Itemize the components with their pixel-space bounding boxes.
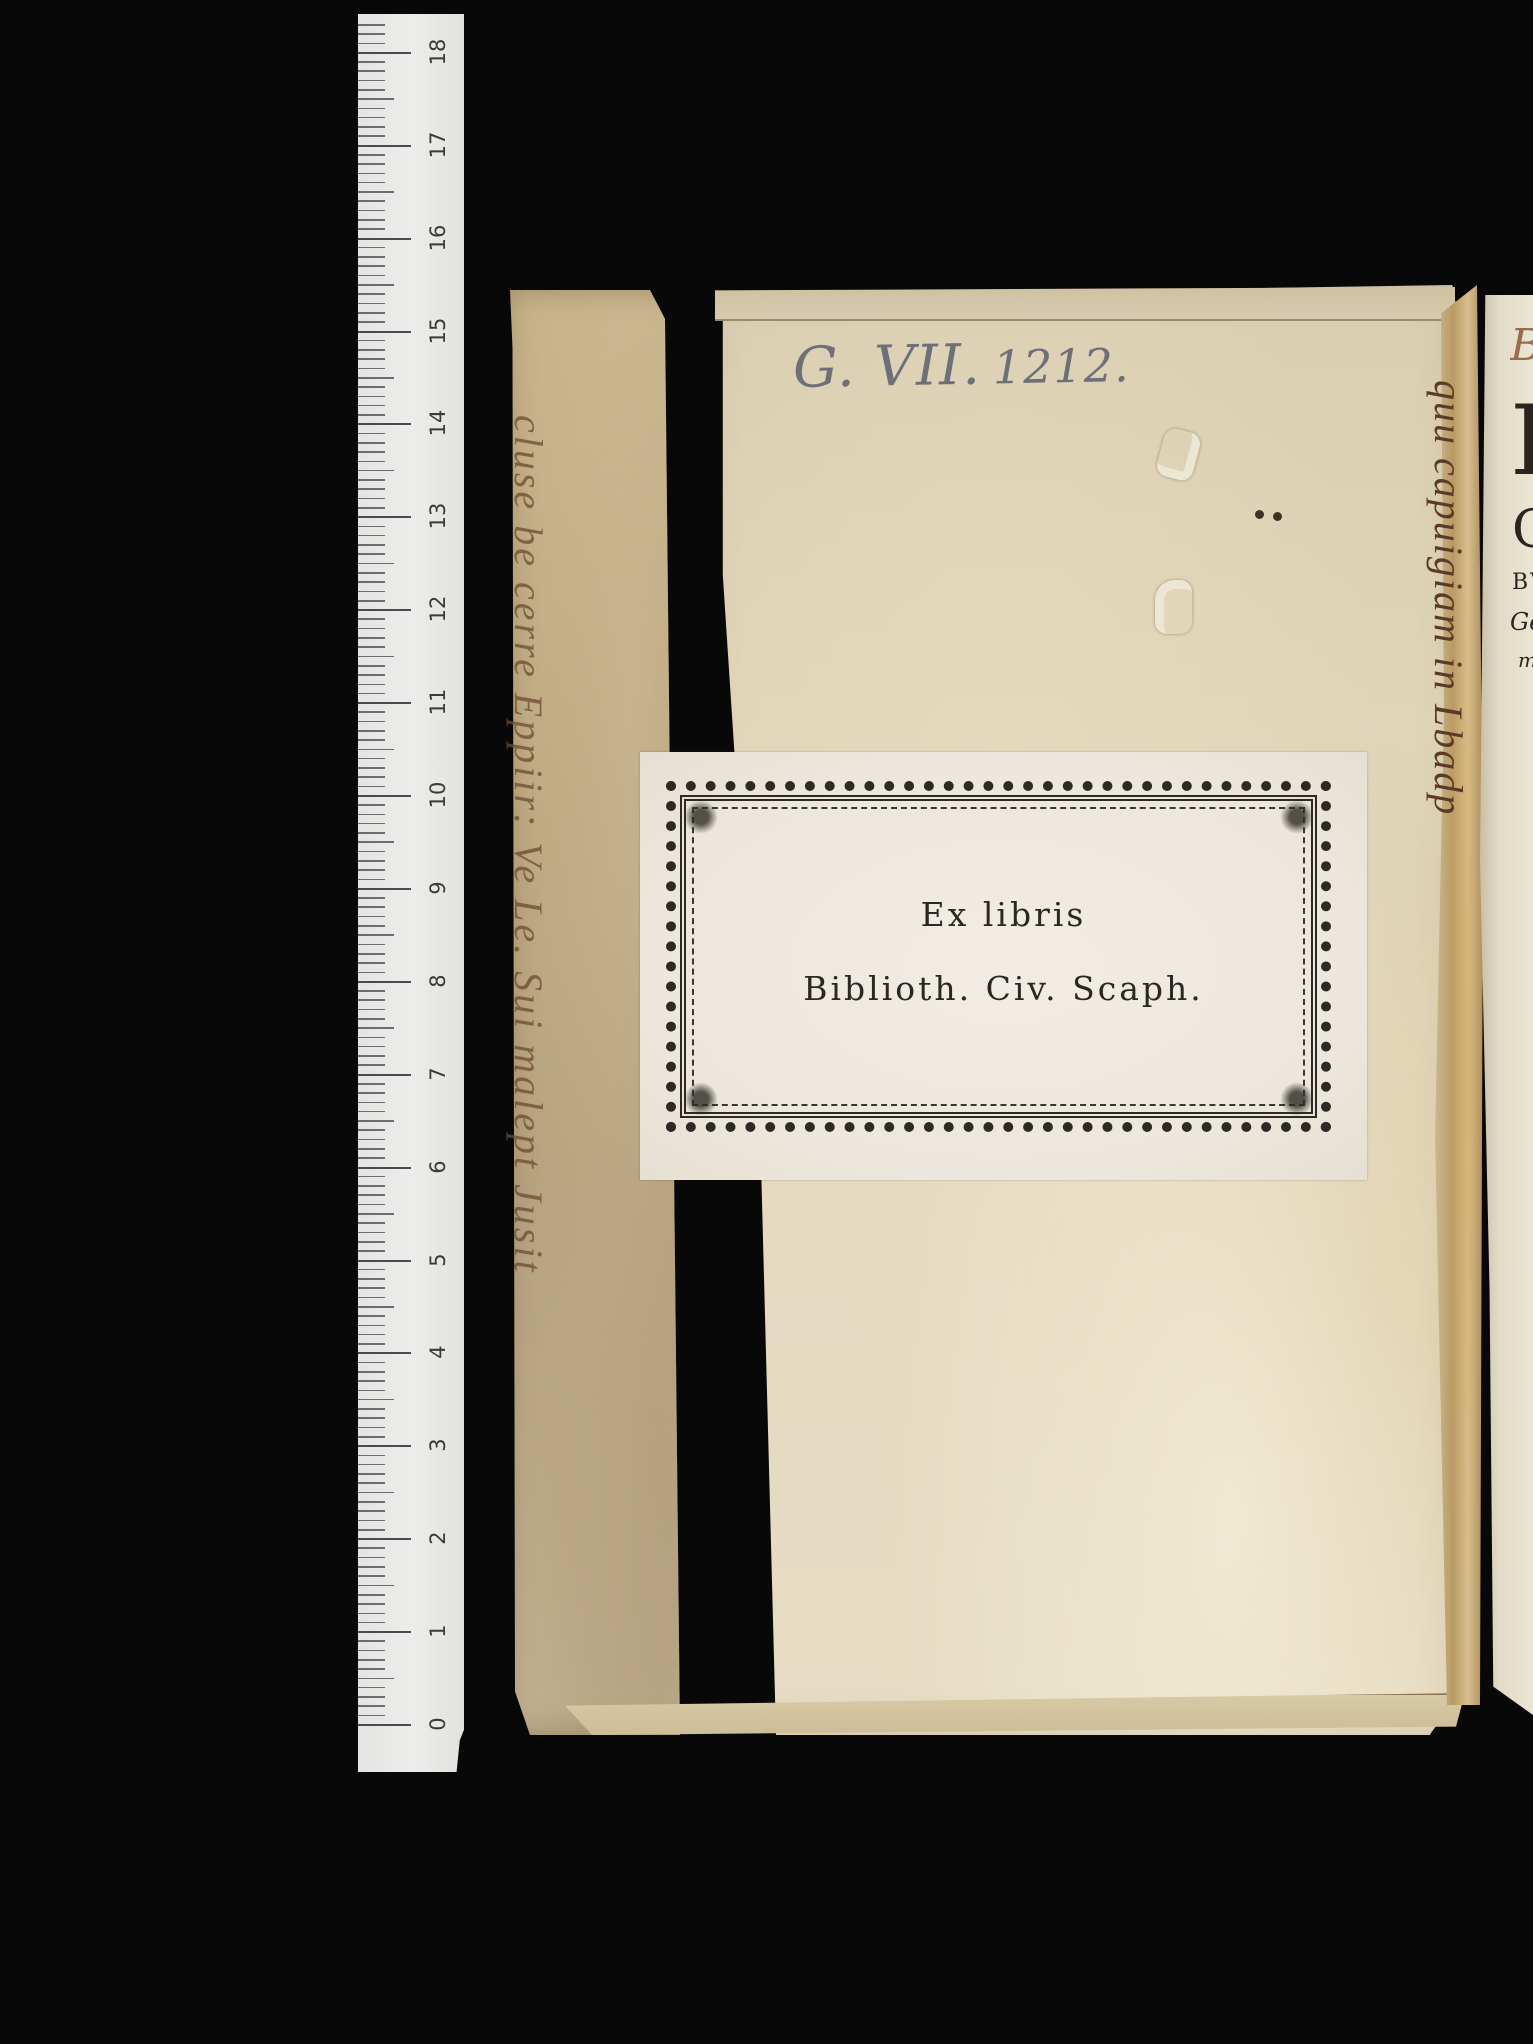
ruler-tick bbox=[358, 1520, 385, 1522]
ruler-tick bbox=[358, 1362, 385, 1364]
ruler-tick bbox=[358, 284, 394, 286]
ruler-tick bbox=[358, 1176, 385, 1178]
ruler-tick bbox=[358, 1390, 385, 1392]
ruler-tick bbox=[358, 999, 385, 1001]
ruler-tick bbox=[358, 1083, 385, 1085]
corner-ornament-icon bbox=[684, 800, 718, 834]
ruler-tick bbox=[358, 1538, 411, 1540]
ruler-tick bbox=[358, 228, 385, 230]
ruler-cm-label: 7 bbox=[426, 1054, 450, 1094]
ruler-tick bbox=[358, 1724, 411, 1726]
ruler-cm-label: 0 bbox=[426, 1704, 450, 1744]
ruler-tick bbox=[358, 24, 385, 26]
ruler-tick bbox=[358, 535, 385, 537]
ruler-tick bbox=[358, 1529, 385, 1531]
ruler-tick bbox=[358, 1222, 385, 1224]
ruler-tick bbox=[358, 1111, 385, 1113]
vellum-handwriting: cluse be cerre Eppiir: Ve Le. Sui malept… bbox=[505, 415, 552, 1275]
ruler-tick bbox=[358, 1232, 385, 1234]
ruler-tick bbox=[358, 600, 385, 602]
ruler-tick bbox=[358, 1055, 385, 1057]
ruler-tick bbox=[358, 1250, 385, 1252]
ruler-tick bbox=[358, 721, 385, 723]
ruler-tick bbox=[358, 1464, 385, 1466]
title-line-fragment: BV bbox=[1512, 570, 1533, 595]
ruler-tick bbox=[358, 860, 385, 862]
ruler-tick bbox=[358, 154, 385, 156]
ruler-tick bbox=[358, 358, 385, 360]
ruler-tick bbox=[358, 1603, 385, 1605]
ruler-cm-label: 12 bbox=[426, 589, 450, 629]
ruler-tick bbox=[358, 1334, 385, 1336]
ruler-tick bbox=[358, 1659, 385, 1661]
ruler-tick bbox=[358, 1343, 385, 1345]
ruler-tick bbox=[358, 461, 385, 463]
ruler-tick bbox=[358, 1696, 385, 1698]
corner-ornament-icon bbox=[1280, 1082, 1314, 1116]
ruler-tick bbox=[358, 163, 385, 165]
ruler-tick bbox=[358, 916, 385, 918]
ruler-tick bbox=[358, 572, 385, 574]
ruler-tick bbox=[358, 377, 394, 379]
ruler-tick bbox=[358, 981, 411, 983]
ruler-tick bbox=[358, 1640, 385, 1642]
title-line-fragment: Ge bbox=[1510, 608, 1533, 636]
ruler-tick bbox=[358, 1352, 411, 1354]
ruler-tick bbox=[358, 795, 411, 797]
ruler-tick bbox=[358, 1064, 385, 1066]
corner-ornament-icon bbox=[684, 1082, 718, 1116]
ruler-cm-label: 1 bbox=[426, 1611, 450, 1651]
ruler-tick bbox=[358, 405, 385, 407]
ruler-cm-label: 14 bbox=[426, 403, 450, 443]
ruler-tick bbox=[358, 303, 385, 305]
ruler-tick bbox=[358, 1213, 394, 1215]
ruler-tick bbox=[358, 1399, 394, 1401]
ruler-tick bbox=[358, 126, 385, 128]
ruler-tick bbox=[358, 1241, 385, 1243]
ruler-tick bbox=[358, 135, 385, 137]
ruler-tick bbox=[358, 804, 385, 806]
ruler-tick bbox=[358, 516, 411, 518]
ruler-tick bbox=[358, 321, 385, 323]
ruler-cm-label: 16 bbox=[426, 218, 450, 258]
ruler-tick bbox=[358, 1547, 385, 1549]
ruler-tick bbox=[358, 739, 385, 741]
ruler-tick bbox=[358, 749, 394, 751]
ruler-tick bbox=[358, 61, 385, 63]
ruler-tick bbox=[358, 1668, 385, 1670]
ruler-tick bbox=[358, 776, 385, 778]
ruler-tick bbox=[358, 1325, 385, 1327]
ruler-tick bbox=[358, 1566, 385, 1568]
ruler-cm-label: 2 bbox=[426, 1518, 450, 1558]
ruler-tick bbox=[358, 684, 385, 686]
ruler-tick bbox=[358, 702, 411, 704]
ruler-tick bbox=[358, 1185, 385, 1187]
ruler-tick bbox=[358, 628, 385, 630]
ruler-tick bbox=[358, 1287, 385, 1289]
ruler-tick bbox=[358, 1204, 385, 1206]
ruler-cm-label: 4 bbox=[426, 1332, 450, 1372]
ruler-tick bbox=[358, 1492, 394, 1494]
ruler-tick bbox=[358, 1297, 385, 1299]
ruler-tick bbox=[358, 89, 385, 91]
ruler-tick bbox=[358, 33, 385, 35]
ruler-cm-label: 17 bbox=[426, 125, 450, 165]
ruler-tick bbox=[358, 869, 385, 871]
ruler-tick bbox=[358, 451, 385, 453]
ink-speck bbox=[1273, 512, 1282, 521]
ruler-tick bbox=[358, 693, 385, 695]
ruler-tick bbox=[358, 563, 394, 565]
ruler-tick bbox=[358, 1650, 385, 1652]
ruler-tick bbox=[358, 1585, 394, 1587]
ruler-tick bbox=[358, 145, 411, 147]
ruler-tick bbox=[358, 507, 385, 509]
ruler-tick bbox=[358, 1148, 385, 1150]
spine-handwriting: quu capuigiam in Lbadp bbox=[1425, 380, 1472, 816]
ruler-tick bbox=[358, 1129, 385, 1131]
ruler-tick bbox=[358, 1436, 385, 1438]
ruler-tick bbox=[358, 1037, 385, 1039]
ruler-tick bbox=[358, 1074, 411, 1076]
ruler-cm-label: 9 bbox=[426, 868, 450, 908]
ruler-tick bbox=[358, 1120, 394, 1122]
ruler-tick bbox=[358, 1260, 411, 1262]
shelfmark-prefix: G. VII. bbox=[792, 333, 981, 401]
ruler-cm-label: 5 bbox=[426, 1240, 450, 1280]
ruler-tick bbox=[358, 553, 385, 555]
ruler-tick bbox=[358, 498, 385, 500]
ruler-tick bbox=[358, 219, 385, 221]
ruler-tick bbox=[358, 851, 385, 853]
title-initial: I bbox=[1510, 385, 1533, 497]
ruler-cm-label: 3 bbox=[426, 1425, 450, 1465]
ruler-tick bbox=[358, 1631, 411, 1633]
ruler-tick bbox=[358, 618, 385, 620]
ruler-tick bbox=[358, 191, 394, 193]
bookplate-title: Ex libris bbox=[640, 895, 1367, 934]
ruler-tick bbox=[358, 265, 385, 267]
ruler-cm-label: 13 bbox=[426, 496, 450, 536]
ruler-tick bbox=[358, 414, 385, 416]
ruler-tick bbox=[358, 442, 385, 444]
shelfmark: G. VII.1212. bbox=[792, 330, 1130, 401]
ruler-tick bbox=[358, 368, 385, 370]
title-line-fragment: C bbox=[1512, 500, 1533, 560]
ruler-cm-label: 18 bbox=[426, 32, 450, 72]
ruler-tick bbox=[358, 1092, 385, 1094]
ruler-tick bbox=[358, 423, 411, 425]
ruler-tick bbox=[358, 1306, 394, 1308]
ruler-tick bbox=[358, 247, 385, 249]
ruler-tick bbox=[358, 888, 411, 890]
ruler-tick bbox=[358, 173, 385, 175]
ruler-tick bbox=[358, 1678, 394, 1680]
ruler-tick bbox=[358, 1687, 385, 1689]
ruler-tick bbox=[358, 312, 385, 314]
ruler-tick bbox=[358, 1473, 385, 1475]
ruler-tick bbox=[358, 832, 385, 834]
ruler-tick bbox=[358, 990, 385, 992]
ruler-tick bbox=[358, 934, 394, 936]
ruler-tick bbox=[358, 1046, 385, 1048]
ruler-tick bbox=[358, 609, 411, 611]
corner-ornament-icon bbox=[1280, 800, 1314, 834]
ruler-tick bbox=[358, 340, 385, 342]
ruler-tick bbox=[358, 646, 385, 648]
ruler-tick bbox=[358, 1315, 385, 1317]
ruler-tick bbox=[358, 117, 385, 119]
ornamental-border bbox=[680, 795, 1317, 1118]
ruler-tick bbox=[358, 1417, 385, 1419]
ruler-tick bbox=[358, 396, 385, 398]
ruler-tick bbox=[358, 581, 385, 583]
ruler-tick bbox=[358, 758, 385, 760]
ruler-tick bbox=[358, 591, 385, 593]
ruler-tick bbox=[358, 1557, 385, 1559]
ruler-tick bbox=[358, 80, 385, 82]
ruler-tick bbox=[358, 1427, 385, 1429]
ruler-tick bbox=[358, 1139, 385, 1141]
ruler-tick bbox=[358, 711, 385, 713]
ruler-tick bbox=[358, 925, 385, 927]
bookplate-owner: Biblioth. Civ. Scaph. bbox=[640, 969, 1367, 1008]
ruler-tick bbox=[358, 52, 411, 54]
ruler-tick bbox=[358, 470, 394, 472]
title-line-fragment: m bbox=[1518, 648, 1533, 672]
shelfmark-number: 1212. bbox=[992, 338, 1130, 394]
ruler-tick bbox=[358, 293, 385, 295]
measurement-ruler: 0123456789101112131415161718 bbox=[358, 14, 464, 1772]
ruler-tick bbox=[358, 1715, 385, 1717]
ruler-tick bbox=[358, 972, 385, 974]
ruler-tick bbox=[358, 108, 385, 110]
ruler-tick bbox=[358, 200, 385, 202]
ruler-tick bbox=[358, 1269, 385, 1271]
ruler-tick bbox=[358, 1594, 385, 1596]
ruler-tick bbox=[358, 1482, 385, 1484]
ruler-tick bbox=[358, 98, 394, 100]
ruler-tick bbox=[358, 1371, 385, 1373]
ruler-tick bbox=[358, 1167, 411, 1169]
ruler-tick bbox=[358, 953, 385, 955]
ruler-cm-label: 15 bbox=[426, 311, 450, 351]
manuscript-note-fragment: Bi bbox=[1510, 320, 1533, 371]
ruler-tick bbox=[358, 656, 394, 658]
ruler-cm-label: 8 bbox=[426, 961, 450, 1001]
ruler-tick bbox=[358, 349, 385, 351]
ruler-tick bbox=[358, 1027, 394, 1029]
ruler-cm-label: 10 bbox=[426, 775, 450, 815]
ruler-tick bbox=[358, 1009, 385, 1011]
ruler-tick bbox=[358, 879, 385, 881]
ruler-tick bbox=[358, 433, 385, 435]
pastedown-top-fold bbox=[715, 287, 1455, 321]
ruler-tick bbox=[358, 786, 385, 788]
ruler-tick bbox=[358, 526, 385, 528]
ruler-tick bbox=[358, 1194, 385, 1196]
ruler-tick bbox=[358, 823, 385, 825]
ruler-tick bbox=[358, 1455, 385, 1457]
ruler-tick bbox=[358, 674, 385, 676]
ruler-tick bbox=[358, 1705, 385, 1707]
ruler-tick bbox=[358, 1102, 385, 1104]
ruler-tick bbox=[358, 1157, 385, 1159]
ruler-tick bbox=[358, 637, 385, 639]
ruler-tick bbox=[358, 1380, 385, 1382]
ruler-tick bbox=[358, 944, 385, 946]
ruler-tick bbox=[358, 1278, 385, 1280]
ruler-tick bbox=[358, 210, 385, 212]
ruler-tick bbox=[358, 1510, 385, 1512]
ruler-cm-label: 6 bbox=[426, 1147, 450, 1187]
ruler-tick bbox=[358, 1501, 385, 1503]
ruler-tick bbox=[358, 897, 385, 899]
ruler-tick bbox=[358, 479, 385, 481]
ruler-tick bbox=[358, 256, 385, 258]
ruler-tick bbox=[358, 1613, 385, 1615]
ruler-tick bbox=[358, 331, 411, 333]
ruler-tick bbox=[358, 841, 394, 843]
ruler-tick bbox=[358, 1575, 385, 1577]
ruler-tick bbox=[358, 238, 411, 240]
ruler-tick bbox=[358, 1445, 411, 1447]
ruler-tick bbox=[358, 962, 385, 964]
ruler-tick bbox=[358, 1622, 385, 1624]
ruler-tick bbox=[358, 767, 385, 769]
ruler-tick bbox=[358, 665, 385, 667]
ex-libris-bookplate: Ex libris Biblioth. Civ. Scaph. bbox=[640, 752, 1367, 1180]
ruler-tick bbox=[358, 43, 385, 45]
ruler-tick bbox=[358, 182, 385, 184]
ruler-cm-label: 11 bbox=[426, 682, 450, 722]
ruler-tick bbox=[358, 544, 385, 546]
ruler-tick bbox=[358, 386, 385, 388]
ink-speck bbox=[1255, 510, 1264, 519]
ruler-tick bbox=[358, 906, 385, 908]
ruler-tick bbox=[358, 488, 385, 490]
ruler-tick bbox=[358, 1408, 385, 1410]
ruler-tick bbox=[358, 730, 385, 732]
ruler-tick bbox=[358, 1018, 385, 1020]
ruler-tick bbox=[358, 275, 385, 277]
ruler-tick bbox=[358, 70, 385, 72]
ruler-tick bbox=[358, 814, 385, 816]
worm-hole-icon bbox=[1155, 580, 1192, 634]
